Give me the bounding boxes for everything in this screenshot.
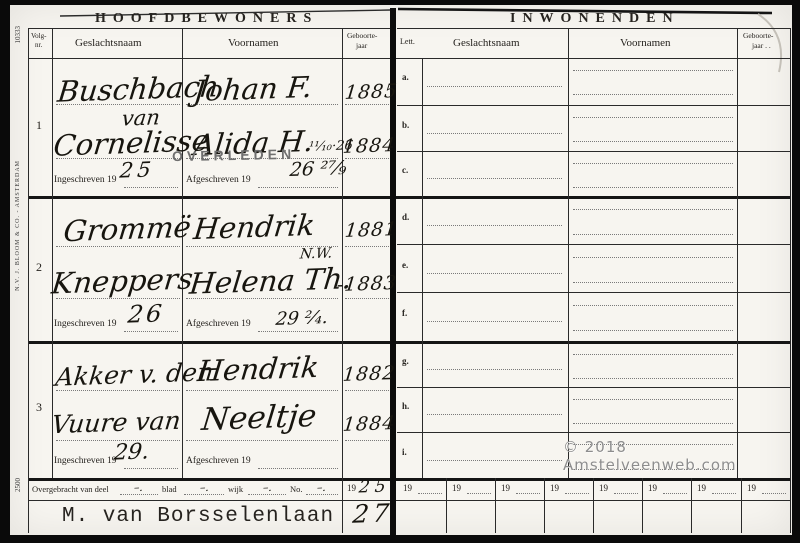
year-cell: 19: [501, 483, 510, 493]
write-line: [427, 178, 562, 179]
write-line: [573, 423, 733, 424]
transfer-mark-handwriting: –.: [133, 481, 143, 494]
record-number: 1: [36, 118, 42, 133]
write-line: [427, 369, 562, 370]
year-cell: 19: [452, 483, 461, 493]
wijk-label: wijk: [228, 484, 243, 494]
write-line: [427, 321, 562, 322]
write-line: [573, 117, 733, 118]
grid-line: [544, 478, 545, 533]
birthyear-handwriting: 1884: [342, 412, 397, 436]
year-prefix: 19: [347, 483, 356, 493]
lodger-row-letter: f.: [402, 308, 407, 318]
write-line: [573, 94, 733, 95]
grid-line: [28, 28, 29, 533]
firstname-handwriting: Hendrik: [192, 208, 317, 246]
firstname-handwriting: Johan F.: [192, 70, 314, 108]
write-line: [573, 257, 733, 258]
year-cell: 19: [550, 483, 559, 493]
grid-line: [397, 244, 790, 245]
scanned-register-page: { "titles": { "left": "HOOFDBEWONERS", "…: [0, 0, 800, 543]
grid-line: [397, 387, 790, 388]
record-separator: [28, 341, 790, 344]
write-line: [573, 141, 733, 142]
margin-form-number: 10333: [14, 26, 22, 44]
lodger-row-letter: g.: [402, 356, 409, 366]
registered-label: Ingeschreven 19: [54, 456, 117, 466]
write-line: [345, 390, 389, 391]
lodger-row-letter: i.: [402, 447, 407, 457]
write-line: [124, 187, 178, 188]
write-line: [306, 494, 338, 495]
header-firstnames-left: Voornamen: [228, 37, 279, 49]
header-volgnr-2: nr.: [35, 41, 42, 49]
birthyear-handwriting: -1883: [336, 272, 398, 296]
deregistered-year-handwriting: 26 ²⁷⁄₉: [289, 157, 348, 181]
write-line: [427, 133, 562, 134]
write-line: [712, 493, 736, 494]
lodger-row-letter: e.: [402, 260, 408, 270]
write-line: [762, 493, 786, 494]
left-section-title: HOOFDBEWONERS: [95, 11, 318, 27]
write-line: [345, 158, 389, 159]
write-line: [573, 354, 733, 355]
transfer-label: Overgebracht van deel: [32, 484, 109, 494]
grid-line: [495, 478, 496, 533]
grid-line: [28, 58, 790, 59]
write-line: [345, 104, 389, 105]
write-line: [573, 399, 733, 400]
house-number-handwriting: 27: [351, 498, 394, 528]
write-line: [427, 225, 562, 226]
copyright-watermark: © 2018 Amstelveenweb.com: [563, 438, 800, 474]
write-line: [573, 330, 733, 331]
write-line: [427, 273, 562, 274]
lodger-row-letter: h.: [402, 401, 409, 411]
write-line: [663, 493, 687, 494]
deregistered-year-handwriting: 29 ²⁄₄.: [275, 307, 329, 330]
write-line: [573, 282, 733, 283]
header-birthyear-left-2: jaar: [356, 41, 367, 50]
write-line: [573, 378, 733, 379]
deregistered-label: Afgeschreven 19: [186, 175, 251, 185]
write-line: [573, 305, 733, 306]
write-line: [418, 493, 442, 494]
record-number: 2: [36, 260, 42, 275]
deregistered-label: Afgeschreven 19: [186, 319, 251, 329]
grid-line: [568, 28, 569, 478]
write-line: [248, 494, 286, 495]
surname-handwriting: Grommë: [62, 210, 193, 248]
grid-line: [397, 432, 790, 433]
header-birthyear-right-2: jaar . .: [752, 41, 771, 50]
record-number: 3: [36, 400, 42, 415]
write-line: [467, 493, 491, 494]
header-birthyear-left: Geboorte-: [347, 31, 377, 40]
registered-label: Ingeschreven 19: [54, 175, 117, 185]
write-line: [614, 493, 638, 494]
header-lett: Lett.: [400, 37, 415, 46]
grid-line: [28, 28, 392, 29]
margin-print-run: 2500: [14, 478, 22, 492]
grid-line: [28, 500, 790, 501]
year-cell: 19: [697, 483, 706, 493]
header-volgnr: Volg-: [31, 32, 46, 40]
grid-line: [397, 151, 790, 152]
write-line: [427, 86, 562, 87]
write-line: [516, 493, 540, 494]
year-cell: 19: [747, 483, 756, 493]
write-line: [573, 163, 733, 164]
deregistered-label: Afgeschreven 19: [186, 456, 251, 466]
street-name: M. van Borsselenlaan: [62, 505, 334, 528]
year-cell: 19: [599, 483, 608, 493]
write-line: [124, 468, 178, 469]
write-line: [186, 440, 338, 441]
registered-label: Ingeschreven 19: [54, 319, 117, 329]
grid-line: [691, 478, 692, 533]
write-line: [573, 187, 733, 188]
header-surname-right: Geslachtsnaam: [453, 37, 520, 49]
grid-line: [737, 28, 738, 478]
transfer-mark-handwriting: –.: [262, 481, 272, 494]
firstname-initials-handwriting: N.W.: [299, 245, 333, 262]
write-line: [573, 209, 733, 210]
write-line: [184, 494, 224, 495]
write-line: [345, 298, 389, 299]
grid-line: [422, 58, 423, 478]
write-line: [427, 460, 562, 461]
record-separator: [28, 196, 790, 199]
grid-line: [741, 478, 742, 533]
deceased-date-handwriting: ¹¹⁄₁₀·26: [308, 138, 353, 155]
surname-handwriting: Kneppers: [50, 262, 195, 301]
header-firstnames-right: Voornamen: [620, 37, 671, 49]
write-line: [565, 493, 589, 494]
header-birthyear-right: Geboorte-: [743, 31, 773, 40]
write-line: [345, 440, 389, 441]
write-line: [258, 468, 338, 469]
no-label: No.: [290, 484, 303, 494]
grid-line: [446, 478, 447, 533]
write-line: [573, 70, 733, 71]
grid-line: [397, 292, 790, 293]
lodger-row-letter: b.: [402, 120, 409, 130]
margin-printer-imprint: N.V. J. BLOOM & CO. - AMSTERDAM: [15, 160, 21, 291]
firstname-handwriting: Hendrik: [196, 350, 321, 388]
birthyear-handwriting: 1882: [342, 362, 397, 386]
transfer-mark-handwriting: –.: [199, 481, 209, 494]
header-surname-left: Geslachtsnaam: [75, 37, 142, 49]
year-value-handwriting: 25: [358, 476, 392, 497]
write-line: [427, 414, 562, 415]
lodger-row-letter: d.: [402, 212, 409, 222]
grid-line: [642, 478, 643, 533]
firstname-handwriting: Neeltje: [200, 398, 318, 438]
surname-handwriting: Vuure van: [50, 406, 182, 439]
grid-line: [593, 478, 594, 533]
grid-line: [397, 105, 790, 106]
firstname-handwriting: Helena Th.: [188, 261, 354, 301]
birthyear-handwriting: 1885: [344, 80, 399, 104]
year-cell: 19: [648, 483, 657, 493]
grid-line: [397, 28, 790, 29]
registered-year-handwriting: 29.: [113, 439, 151, 465]
deceased-stamp: OVERLEDEN: [172, 146, 295, 164]
lodger-row-letter: c.: [402, 165, 408, 175]
birthyear-handwriting: 1881: [344, 218, 399, 242]
transfer-mark-handwriting: –.: [316, 481, 326, 494]
lodger-row-letter: a.: [402, 72, 409, 82]
surname-handwriting: Akker v. den: [54, 357, 215, 391]
registered-year-handwriting: 25: [119, 157, 156, 182]
right-section-title: INWONENDEN: [510, 11, 680, 27]
year-cell: 19: [403, 483, 412, 493]
write-line: [258, 187, 338, 188]
write-line: [120, 494, 158, 495]
blad-label: blad: [162, 484, 177, 494]
write-line: [345, 246, 389, 247]
write-line: [573, 234, 733, 235]
registered-year-handwriting: 26: [126, 299, 166, 328]
write-line: [124, 331, 178, 332]
write-line: [186, 390, 338, 391]
write-line: [258, 331, 338, 332]
